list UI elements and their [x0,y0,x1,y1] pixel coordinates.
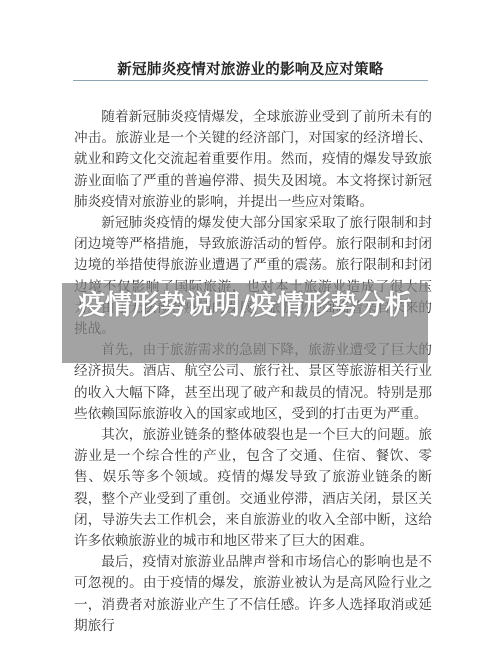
title-divider [73,80,428,81]
document-page: 新冠肺炎疫情对旅游业的影响及应对策略 随着新冠肺炎疫情爆发，全球旅游业受到了前所… [0,0,500,647]
paragraph-intro: 随着新冠肺炎疫情爆发，全球旅游业受到了前所未有的冲击。旅游业是一个关键的经济部门… [74,107,432,213]
document-body: 随着新冠肺炎疫情爆发，全球旅游业受到了前所未有的冲击。旅游业是一个关键的经济部门… [74,107,432,637]
document-title: 新冠肺炎疫情对旅游业的影响及应对策略 [73,58,428,79]
paragraph-brand-reputation: 最后，疫情对旅游业品牌声誉和市场信心的影响也是不可忽视的。由于疫情的爆发，旅游业… [74,552,432,637]
paragraph-industry-chain: 其次，旅游业链条的整体破裂也是一个巨大的问题。旅游业是一个综合性的产业，包含了交… [74,425,432,552]
overlay-banner-title: 疫情形势说明/疫情形势分析 [62,283,428,323]
